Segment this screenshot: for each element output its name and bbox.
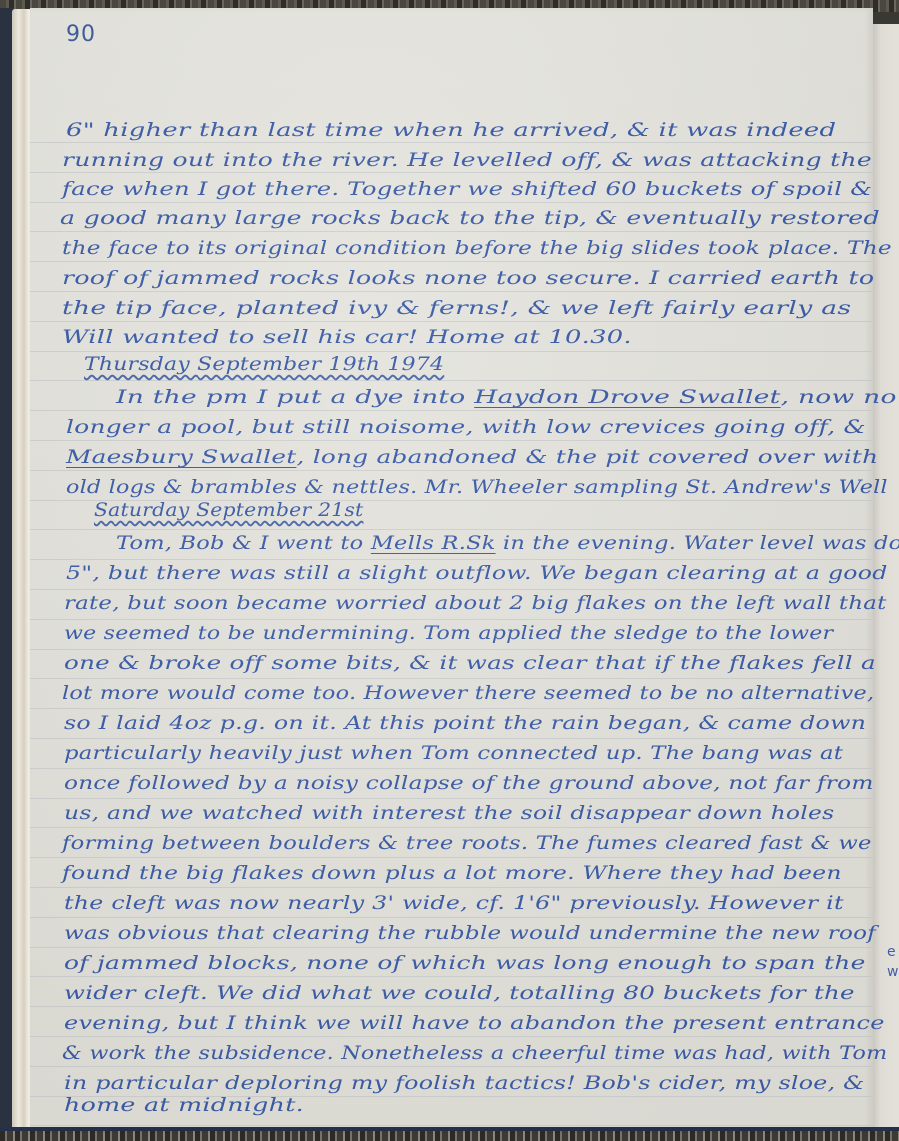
handwritten-line: once followed by a noisy collapse of the…: [64, 771, 874, 795]
ruled-line: [30, 261, 873, 262]
underlined-place-name: Maesbury Swallet: [66, 446, 296, 468]
ruled-line: [30, 917, 873, 918]
handwritten-line: running out into the river. He levelled …: [62, 148, 872, 172]
handwritten-line: found the big flakes down plus a lot mor…: [62, 861, 842, 885]
ruled-line: [30, 410, 873, 411]
ruled-line: [30, 827, 873, 828]
entry-date-heading: Thursday September 19th 1974: [84, 352, 444, 376]
handwritten-line: longer a pool, but still noisome, with l…: [66, 415, 866, 439]
ruled-line: [30, 202, 873, 203]
ruled-line: [30, 559, 873, 560]
handwritten-line: 6" higher than last time when he arrived…: [66, 118, 836, 142]
ruled-line: [30, 440, 873, 441]
handwritten-line: so I laid 4oz p.g. on it. At this point …: [64, 711, 866, 735]
entry-date-heading: Saturday September 21st: [94, 498, 363, 522]
handwritten-line: roof of jammed rocks looks none too secu…: [62, 266, 874, 290]
ruled-line: [30, 1036, 873, 1037]
underlined-place-name: Haydon Drove Swallet: [474, 386, 780, 408]
handwritten-line: & work the subsidence. Nonetheless a che…: [62, 1041, 887, 1065]
ruled-line: [30, 887, 873, 888]
ruled-line: [30, 321, 873, 322]
ruled-line: [30, 172, 873, 173]
handwritten-line: a good many large rocks back to the tip,…: [60, 206, 880, 230]
handwritten-line: the tip face, planted ivy & ferns!, & we…: [62, 296, 851, 320]
ruled-line: [30, 976, 873, 977]
ruled-line: [30, 708, 873, 709]
handwritten-line: one & broke off some bits, & it was clea…: [64, 651, 876, 675]
page-number: 90: [66, 22, 96, 47]
ruled-line: [30, 142, 873, 143]
handwritten-line: wider cleft. We did what we could, total…: [64, 981, 855, 1005]
ruled-line: [30, 619, 873, 620]
handwritten-line: In the pm I put a dye into Haydon Drove …: [116, 385, 897, 409]
ruled-line: [30, 738, 873, 739]
handwritten-line: us, and we watched with interest the soi…: [64, 801, 834, 825]
handwritten-line: evening, but I think we will have to aba…: [64, 1011, 885, 1035]
handwritten-line: the cleft was now nearly 3' wide, cf. 1'…: [64, 891, 844, 915]
ruled-line: [30, 649, 873, 650]
handwritten-line: Will wanted to sell his car! Home at 10.…: [62, 325, 632, 349]
ruled-line: [30, 380, 873, 381]
handwritten-line: we seemed to be undermining. Tom applied…: [64, 621, 833, 645]
handwritten-line: 5", but there was still a slight outflow…: [66, 561, 888, 585]
handwritten-line: home at midnight.: [64, 1093, 304, 1117]
ruled-line: [30, 768, 873, 769]
handwritten-line: particularly heavily just when Tom conne…: [64, 741, 843, 765]
handwritten-line: in particular deploring my foolish tacti…: [64, 1071, 865, 1095]
ruled-line: [30, 470, 873, 471]
handwritten-line: Tom, Bob & I went to Mells R.Sk in the e…: [116, 531, 899, 555]
ruled-line: [30, 1125, 873, 1126]
ruled-line: [30, 947, 873, 948]
ruled-line: [30, 291, 873, 292]
background-table-bottom: [0, 1131, 899, 1141]
handwritten-line: was obvious that clearing the rubble wou…: [64, 921, 876, 945]
ruled-line: [30, 589, 873, 590]
ruled-line: [30, 1006, 873, 1007]
handwritten-line: face when I got there. Together we shift…: [62, 177, 872, 201]
handwritten-line: rate, but soon became worried about 2 bi…: [64, 591, 887, 615]
handwritten-line: the face to its original condition befor…: [62, 236, 892, 260]
underlined-place-name: Mells R.Sk: [371, 532, 496, 554]
handwritten-line: of jammed blocks, none of which was long…: [64, 951, 866, 975]
handwritten-line: Maesbury Swallet, long abandoned & the p…: [66, 445, 878, 469]
facing-page-fragment: e: [887, 944, 896, 960]
ruled-line: [30, 857, 873, 858]
ruled-line: [30, 231, 873, 232]
ruled-line: [30, 1066, 873, 1067]
handwritten-line: lot more would come too. However there s…: [62, 681, 874, 705]
handwritten-line: forming between boulders & tree roots. T…: [62, 831, 872, 855]
facing-page-fragment: w: [887, 964, 898, 980]
handwritten-line: old logs & brambles & nettles. Mr. Wheel…: [66, 475, 888, 499]
ruled-line: [30, 798, 873, 799]
ruled-line: [30, 529, 873, 530]
ruled-line: [30, 678, 873, 679]
